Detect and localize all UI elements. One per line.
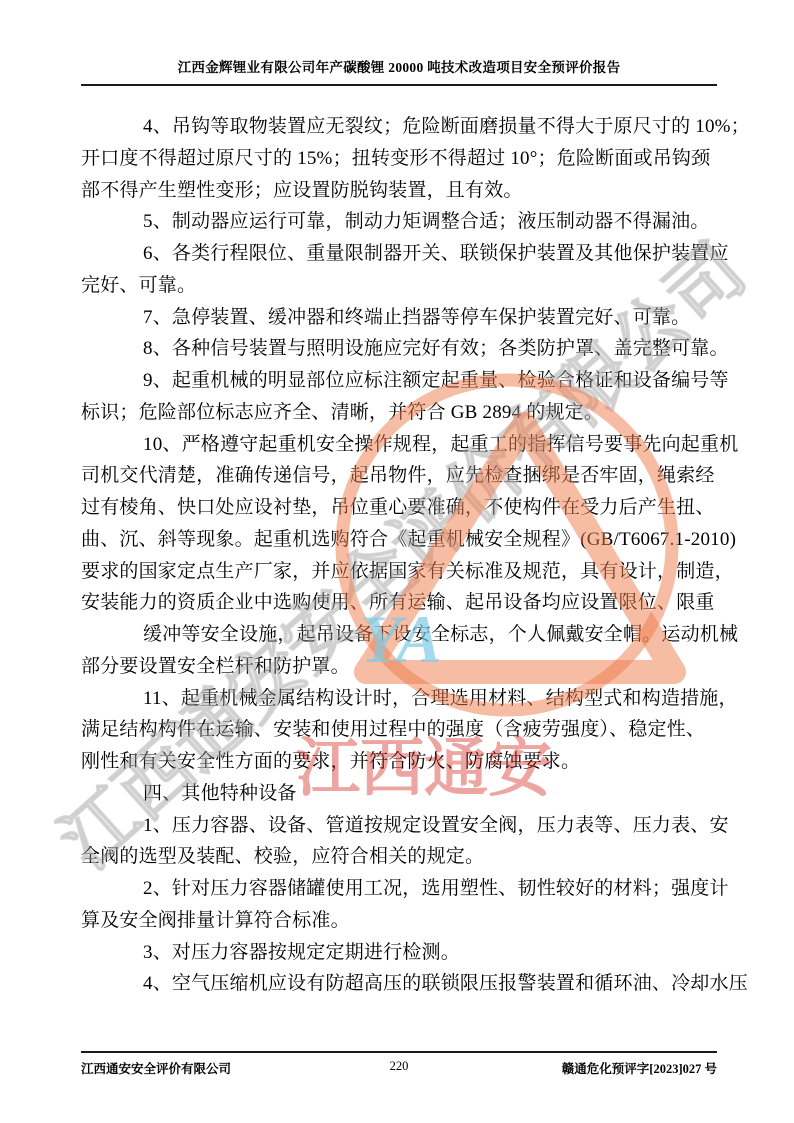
body-line: 全阀的选型及装配、校验，应符合相关的规定。 <box>81 841 726 873</box>
body-line: 缓冲等安全设施，起吊设备下设安全标志，个人佩戴安全帽。运动机械 <box>81 619 726 651</box>
body-line: 部不得产生塑性变形；应设置防脱钩装置，且有效。 <box>81 175 726 207</box>
document-body: 4、吊钩等取物装置应无裂纹；危险断面磨损量不得大于原尺寸的 10%； 开口度不得… <box>81 111 726 1000</box>
body-line: 部分要设置安全栏杆和防护罩。 <box>81 651 726 683</box>
body-line: 7、急停装置、缓冲器和终端止挡器等停车保护装置完好、可靠。 <box>81 302 726 334</box>
body-line: 2、针对压力容器储罐使用工况，选用塑性、韧性较好的材料；强度计 <box>81 873 726 905</box>
page-header: 江西金辉锂业有限公司年产碳酸锂 20000 吨技术改造项目安全预评价报告 <box>81 56 717 86</box>
body-line: 过有棱角、快口处应设衬垫，吊位重心要准确，不使构件在受力后产生扭、 <box>81 492 726 524</box>
body-line: 完好、可靠。 <box>81 270 726 302</box>
body-line: 5、制动器应运行可靠，制动力矩调整合适；液压制动器不得漏油。 <box>81 206 726 238</box>
body-line: 算及安全阀排量计算符合标准。 <box>81 905 726 937</box>
body-line: 9、起重机械的明显部位应标注额定起重量、检验合格证和设备编号等 <box>81 365 726 397</box>
body-line: 刚性和有关安全性方面的要求，并符合防火、防腐蚀要求。 <box>81 746 726 778</box>
body-line: 8、各种信号装置与照明设施应完好有效；各类防护罩、盖完整可靠。 <box>81 333 726 365</box>
body-line: 司机交代清楚，准确传递信号，起吊物件，应先检查捆绑是否牢固，绳索经 <box>81 460 726 492</box>
body-line: 满足结构构件在运输、安装和使用过程中的强度（含疲劳强度）、稳定性、 <box>81 714 726 746</box>
body-line: 10、严格遵守起重机安全操作规程，起重工的指挥信号要事先向起重机 <box>81 429 726 461</box>
body-line: 11、起重机械金属结构设计时，合理选用材料、结构型式和构造措施， <box>81 683 726 715</box>
body-line: 四、其他特种设备 <box>81 778 726 810</box>
report-title: 江西金辉锂业有限公司年产碳酸锂 20000 吨技术改造项目安全预评价报告 <box>178 60 621 75</box>
body-line: 4、空气压缩机应设有防超高压的联锁限压报警装置和循环油、冷却水压 <box>81 968 726 1000</box>
footer-doc-number: 赣通危化预评字[2023]027 号 <box>562 1059 717 1077</box>
body-line: 4、吊钩等取物装置应无裂纹；危险断面磨损量不得大于原尺寸的 10%； <box>81 111 726 143</box>
page-footer: 江西通安安全评价有限公司 220 赣通危化预评字[2023]027 号 <box>81 1051 717 1079</box>
document-page: 江西金辉锂业有限公司年产碳酸锂 20000 吨技术改造项目安全预评价报告 4、吊… <box>0 0 794 1123</box>
body-line: 6、各类行程限位、重量限制器开关、联锁保护装置及其他保护装置应 <box>81 238 726 270</box>
body-line: 1、压力容器、设备、管道按规定设置安全阀，压力表等、压力表、安 <box>81 810 726 842</box>
body-line: 开口度不得超过原尺寸的 15%；扭转变形不得超过 10°；危险断面或吊钩颈 <box>81 143 726 175</box>
body-line: 安装能力的资质企业中选购使用、所有运输、起吊设备均应设置限位、限重 <box>81 587 726 619</box>
body-line: 曲、沉、斜等现象。起重机选购符合《起重机械安全规程》(GB/T6067.1-20… <box>81 524 726 556</box>
body-line: 要求的国家定点生产厂家，并应依据国家有关标准及规范，具有设计，制造， <box>81 556 726 588</box>
body-line: 3、对压力容器按规定定期进行检测。 <box>81 937 726 969</box>
body-line: 标识；危险部位标志应齐全、清晰，并符合 GB 2894 的规定。 <box>81 397 726 429</box>
